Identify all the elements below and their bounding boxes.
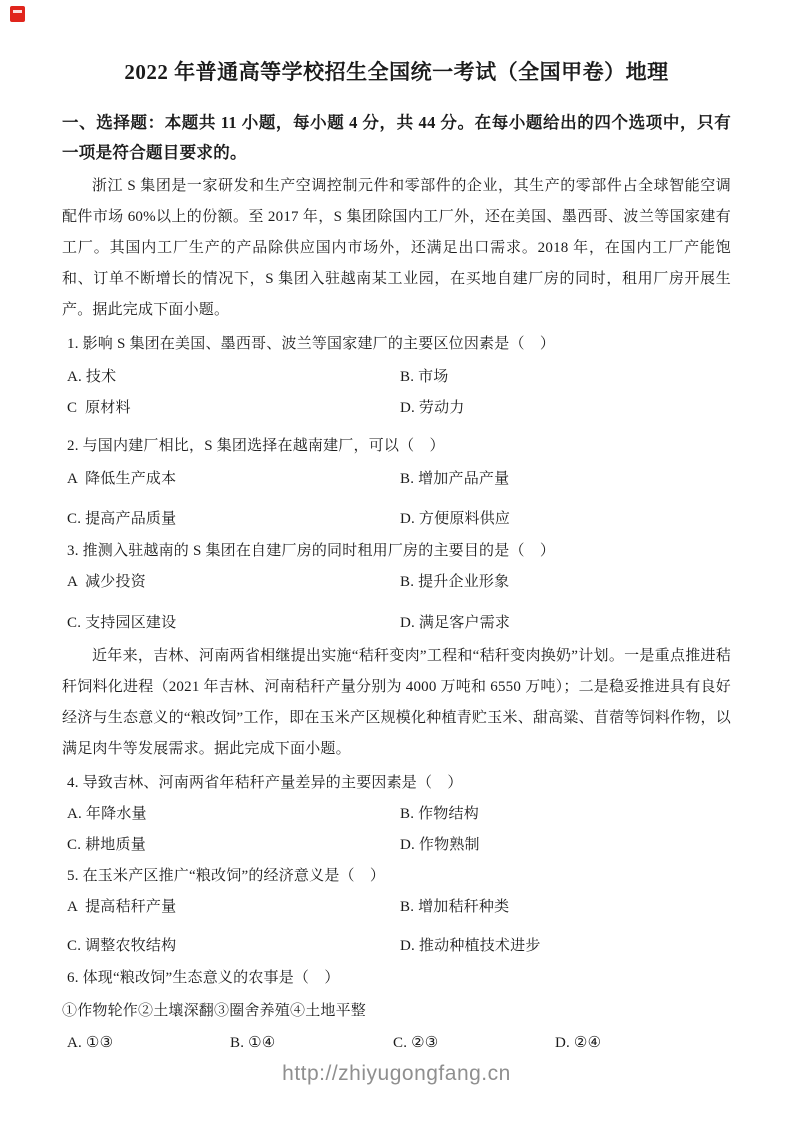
question-1-stem: 1. 影响 S 集团在美国、墨西哥、波兰等国家建厂的主要区位因素是（ ） xyxy=(62,329,731,360)
question-2-stem: 2. 与国内建厂相比，S 集团选择在越南建厂，可以（ ） xyxy=(62,431,731,462)
passage-1: 浙江 S 集团是一家研发和生产空调控制元件和零部件的企业，其生产的零部件占全球智… xyxy=(62,171,731,326)
question-3-stem: 3. 推测入驻越南的 S 集团在自建厂房的同时租用厂房的主要目的是（ ） xyxy=(62,536,731,567)
question-5-option-b: B. 增加秸秆种类 xyxy=(400,892,731,923)
question-1-option-c: C 原材料 xyxy=(67,393,400,424)
question-3-option-a: A 减少投资 xyxy=(67,567,400,598)
question-2-option-a: A 降低生产成本 xyxy=(67,464,400,495)
question-2-option-d: D. 方便原料供应 xyxy=(400,504,731,535)
question-4-options-row-2: C. 耕地质量 D. 作物熟制 xyxy=(62,830,731,861)
question-3-option-c: C. 支持园区建设 xyxy=(67,608,400,639)
question-4-option-c: C. 耕地质量 xyxy=(67,830,400,861)
question-1-options-row-1: A. 技术 B. 市场 xyxy=(62,362,731,393)
question-5-options-row-1: A 提高秸秆产量 B. 增加秸秆种类 xyxy=(62,892,731,923)
question-6-stem: 6. 体现“粮改饲”生态意义的农事是（ ） xyxy=(62,963,731,994)
question-2-option-c: C. 提高产品质量 xyxy=(67,504,400,535)
question-1-option-d: D. 劳动力 xyxy=(400,393,731,424)
watermark-url: http://zhiyugongfang.cn xyxy=(0,1062,793,1086)
question-6-option-d: D. ②④ xyxy=(555,1028,731,1059)
question-2: 2. 与国内建厂相比，S 集团选择在越南建厂，可以（ ） A 降低生产成本 B.… xyxy=(62,431,731,535)
question-5-option-c: C. 调整农牧结构 xyxy=(67,931,400,962)
section-header: 一、选择题：本题共 11 小题，每小题 4 分，共 44 分。在每小题给出的四个… xyxy=(62,108,731,168)
question-3-option-b: B. 提升企业形象 xyxy=(400,567,731,598)
exam-document-page: 2022 年普通高等学校招生全国统一考试（全国甲卷）地理 一、选择题：本题共 1… xyxy=(0,0,793,1122)
question-3-options-row-1: A 减少投资 B. 提升企业形象 xyxy=(62,567,731,598)
red-bookmark-icon xyxy=(10,6,25,22)
question-6-option-c: C. ②③ xyxy=(393,1028,555,1059)
question-4-option-b: B. 作物结构 xyxy=(400,799,731,830)
question-3: 3. 推测入驻越南的 S 集团在自建厂房的同时租用厂房的主要目的是（ ） A 减… xyxy=(62,536,731,639)
question-3-option-d: D. 满足客户需求 xyxy=(400,608,731,639)
question-5-options-row-2: C. 调整农牧结构 D. 推动种植技术进步 xyxy=(62,931,731,962)
passage-2: 近年来，吉林、河南两省相继提出实施“秸秆变肉”工程和“秸秆变肉换奶”计划。一是重… xyxy=(62,641,731,765)
page-title: 2022 年普通高等学校招生全国统一考试（全国甲卷）地理 xyxy=(62,57,731,87)
question-4-options-row-1: A. 年降水量 B. 作物结构 xyxy=(62,799,731,830)
question-1-option-a: A. 技术 xyxy=(67,362,400,393)
question-2-option-b: B. 增加产品产量 xyxy=(400,464,731,495)
question-6-options-row: A. ①③ B. ①④ C. ②③ D. ②④ xyxy=(62,1028,731,1059)
question-4-option-a: A. 年降水量 xyxy=(67,799,400,830)
question-5-option-a: A 提高秸秆产量 xyxy=(67,892,400,923)
question-1-option-b: B. 市场 xyxy=(400,362,731,393)
question-4-option-d: D. 作物熟制 xyxy=(400,830,731,861)
question-2-options-row-2: C. 提高产品质量 D. 方便原料供应 xyxy=(62,504,731,535)
question-5: 5. 在玉米产区推广“粮改饲”的经济意义是（ ） A 提高秸秆产量 B. 增加秸… xyxy=(62,861,731,962)
question-2-options-row-1: A 降低生产成本 B. 增加产品产量 xyxy=(62,464,731,495)
question-4-stem: 4. 导致吉林、河南两省年秸秆产量差异的主要因素是（ ） xyxy=(62,768,731,799)
question-5-option-d: D. 推动种植技术进步 xyxy=(400,931,731,962)
question-1-options-row-2: C 原材料 D. 劳动力 xyxy=(62,393,731,424)
question-1: 1. 影响 S 集团在美国、墨西哥、波兰等国家建厂的主要区位因素是（ ） A. … xyxy=(62,329,731,424)
question-6: 6. 体现“粮改饲”生态意义的农事是（ ） ①作物轮作②土壤深翻③圈舍养殖④土地… xyxy=(62,963,731,1059)
question-5-stem: 5. 在玉米产区推广“粮改饲”的经济意义是（ ） xyxy=(62,861,731,892)
question-4: 4. 导致吉林、河南两省年秸秆产量差异的主要因素是（ ） A. 年降水量 B. … xyxy=(62,768,731,861)
question-6-option-a: A. ①③ xyxy=(67,1028,230,1059)
question-6-numbered-items: ①作物轮作②土壤深翻③圈舍养殖④土地平整 xyxy=(62,996,731,1027)
question-6-option-b: B. ①④ xyxy=(230,1028,393,1059)
document-content: 2022 年普通高等学校招生全国统一考试（全国甲卷）地理 一、选择题：本题共 1… xyxy=(0,0,793,1059)
question-3-options-row-2: C. 支持园区建设 D. 满足客户需求 xyxy=(62,608,731,639)
